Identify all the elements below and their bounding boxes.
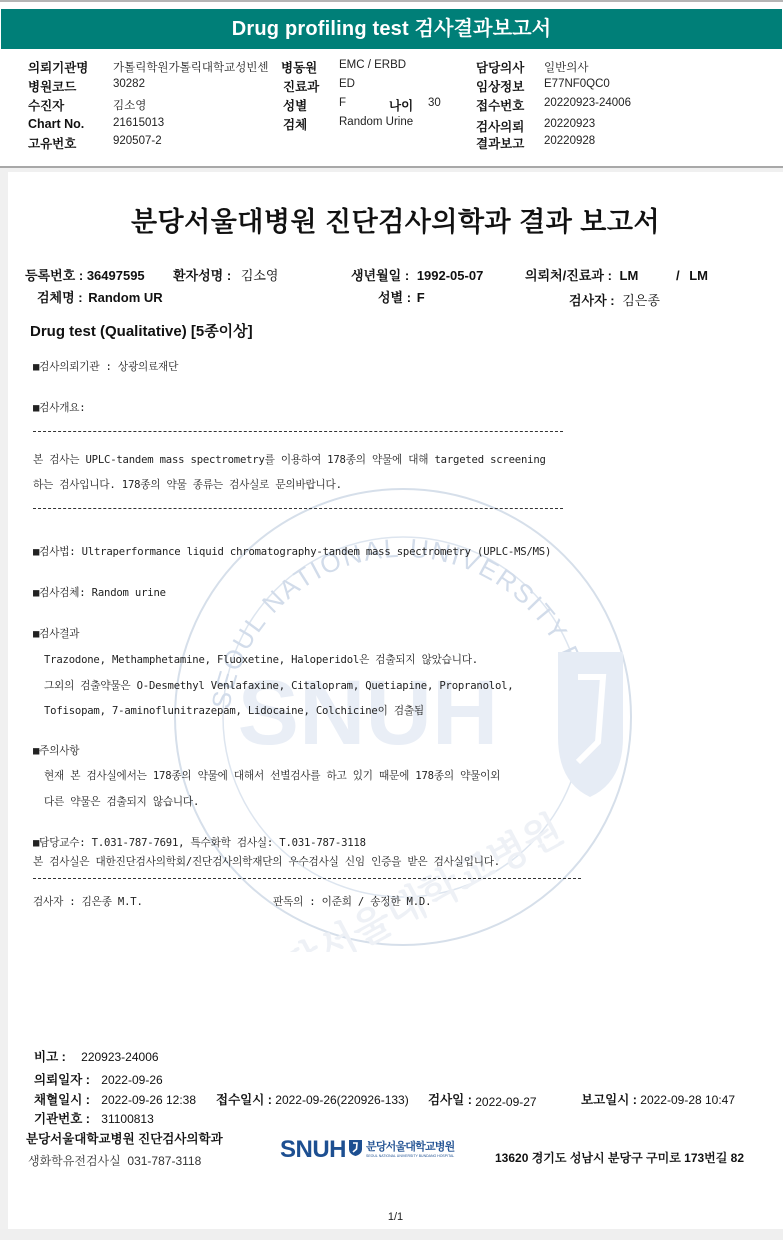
ward-label: 병동원 xyxy=(281,58,317,76)
sex-value: F xyxy=(339,97,346,109)
receipt-time-label: 접수일시 : xyxy=(216,1093,272,1107)
viewer-bottom-strip xyxy=(0,1229,783,1240)
age-label: 나이 xyxy=(389,96,413,114)
specimen-name: 검체명 : Random UR xyxy=(37,287,163,306)
report-time-label: 보고일시 : xyxy=(581,1093,637,1107)
caution-line-1: 현재 본 검사실에서는 178종의 약물에 대해서 선별검사를 하고 있기 때문… xyxy=(44,768,500,783)
snuh-shield-icon xyxy=(349,1140,362,1156)
result-line-1: Trazodone, Methamphetamine, Fluoxetine, … xyxy=(44,652,478,667)
contact-line: ■담당교수: T.031-787-7691, 특수화학 검사실: T.031-7… xyxy=(33,835,366,850)
institution-no-value: 31100813 xyxy=(101,1112,154,1126)
unique-no-label: 고유번호 xyxy=(28,134,76,152)
overview-line-2: 하는 검사입니다. 178종의 약물 종류는 검사실로 문의바랍니다. xyxy=(33,477,342,492)
receipt-time: 접수일시 : 2022-09-26(220926-133) xyxy=(216,1090,409,1108)
overview-heading: ■검사개요: xyxy=(33,400,86,415)
patient-value: 김소영 xyxy=(113,97,146,113)
age-value: 30 xyxy=(428,97,441,109)
test-request-label: 검사의뢰 xyxy=(476,117,524,135)
hospital-address: 13620 경기도 성남시 분당구 구미로 173번길 82 xyxy=(495,1149,744,1166)
result-report-label: 결과보고 xyxy=(476,134,524,152)
report-sex-label: 성별 : xyxy=(378,290,411,305)
reader-signature: 판독의 : 이준희 / 송정한 M.D. xyxy=(273,894,431,909)
referrer-value: LM xyxy=(620,268,639,283)
test-date: 검사일 : 2022-09-27 xyxy=(428,1090,537,1108)
department-value: ED xyxy=(339,78,355,90)
caution-heading: ■주의사항 xyxy=(33,743,79,758)
header-divider xyxy=(0,166,783,168)
chart-no-label: Chart No. xyxy=(28,117,84,131)
patient-name-label: 환자성명 : xyxy=(173,268,231,283)
institution-line: ■검사의뢰기관 : 상광의료재단 xyxy=(33,359,178,374)
report-time-value: 2022-09-28 10:47 xyxy=(640,1093,735,1107)
institution-no: 기관번호 : 31100813 xyxy=(34,1109,154,1127)
report-page: SEOUL NATIONAL UNIVERSITY BUNDANG HOSPIT… xyxy=(8,172,783,1229)
specimen-name-label: 검체명 : xyxy=(37,290,83,305)
patient-label: 수진자 xyxy=(28,96,64,114)
patient-name-value: 김소영 xyxy=(241,268,279,283)
test-date-value: 2022-09-27 xyxy=(475,1095,536,1109)
specimen-line: ■검사검체: Random urine xyxy=(33,585,166,600)
caution-line-2: 다른 약물은 검출되지 않습니다. xyxy=(44,794,199,809)
birth-date-label: 생년월일 : xyxy=(351,268,409,283)
receipt-no-value: 20220923-24006 xyxy=(544,97,631,109)
doctor-value: 일반의사 xyxy=(544,59,588,75)
snuh-logo-korean: 분당서울대학교병원 xyxy=(366,1138,454,1154)
signature-rule xyxy=(33,878,581,879)
collection-time-value: 2022-09-26 12:38 xyxy=(101,1093,196,1107)
hospital-code-label: 병원코드 xyxy=(28,77,76,95)
lab-phone: 생화학유전검사실 031-787-3118 xyxy=(28,1152,201,1169)
chart-no-value: 21615013 xyxy=(113,117,164,129)
remark: 비고 : 220923-24006 xyxy=(34,1047,159,1065)
svg-text:SEOUL NATIONAL UNIVERSITY BUND: SEOUL NATIONAL UNIVERSITY BUNDANG HOSPIT… xyxy=(168,482,602,730)
report-title: 분당서울대병원 진단검사의학과 결과 보고서 xyxy=(8,200,783,239)
report-tester: 검사자 : 김은종 xyxy=(569,290,660,309)
referring-institution-value: 가톨릭학원가톨릭대학교성빈센 xyxy=(113,59,269,75)
svg-text:분당서울대학교병원: 분당서울대학교병원 xyxy=(242,806,571,952)
snuh-logo: SNUH 분당서울대학교병원 SEOUL NATIONAL UNIVERSITY… xyxy=(280,1134,480,1166)
report-time: 보고일시 : 2022-09-28 10:47 xyxy=(581,1090,735,1108)
report-sex: 성별 : F xyxy=(378,287,425,306)
department-name: 분당서울대학교병원 진단검사의학과 xyxy=(26,1129,223,1147)
referrer-dept-value: LM xyxy=(689,268,708,283)
hospital-code-value: 30282 xyxy=(113,78,145,90)
request-date: 의뢰일자 : 2022-09-26 xyxy=(34,1070,163,1088)
snuh-logo-text: SNUH xyxy=(280,1136,346,1164)
doctor-label: 담당의사 xyxy=(476,58,524,76)
unique-no-value: 920507-2 xyxy=(113,135,162,147)
clinical-info-label: 임상정보 xyxy=(476,77,524,95)
certification-line: 본 검사실은 대한진단검사의학회/진단검사의학재단의 우수검사실 신임 인증을 … xyxy=(33,854,500,869)
remark-value: 220923-24006 xyxy=(81,1050,158,1064)
request-date-value: 2022-09-26 xyxy=(101,1073,162,1087)
request-date-label: 의뢰일자 : xyxy=(34,1073,90,1087)
result-line-2: 그외의 검출약물은 O-Desmethyl Venlafaxine, Cital… xyxy=(44,678,513,693)
result-report-value: 20220928 xyxy=(544,135,595,147)
reg-no-value: 36497595 xyxy=(87,268,145,283)
report-tester-label: 검사자 : xyxy=(569,293,615,308)
test-name-heading: Drug test (Qualitative) [5종이상] xyxy=(30,320,253,341)
clinical-info-value: E77NF0QC0 xyxy=(544,78,610,90)
reg-no-label: 등록번호 : xyxy=(25,268,83,283)
report-tester-value: 김은종 xyxy=(622,293,660,308)
referrer: 의뢰처/진료과 : LM / LM xyxy=(525,265,708,284)
receipt-time-value: 2022-09-26(220926-133) xyxy=(275,1093,408,1107)
ward-value: EMC / ERBD xyxy=(339,59,406,71)
test-date-label: 검사일 : xyxy=(428,1093,472,1107)
receipt-no-label: 접수번호 xyxy=(476,96,524,114)
specimen-name-value: Random UR xyxy=(88,290,162,305)
referring-institution-label: 의뢰기관명 xyxy=(28,58,88,76)
collection-time: 채혈일시 : 2022-09-26 12:38 xyxy=(34,1090,196,1108)
referrer-separator: / xyxy=(676,268,680,283)
snuh-logo-english: SEOUL NATIONAL UNIVERSITY BUNDANG HOSPIT… xyxy=(366,1154,454,1158)
report-header-frame: Drug profiling test 검사결과보고서 의뢰기관명 가톨릭학원가… xyxy=(0,0,783,166)
remark-label: 비고 : xyxy=(34,1050,66,1064)
patient-name: 환자성명 : 김소영 xyxy=(173,265,279,284)
result-line-3: Tofisopam, 7-aminoflunitrazepam, Lidocai… xyxy=(44,703,424,718)
institution-no-label: 기관번호 : xyxy=(34,1112,90,1126)
collection-time-label: 채혈일시 : xyxy=(34,1093,90,1107)
overview-line-1: 본 검사는 UPLC-tandem mass spectrometry를 이용하… xyxy=(33,452,546,467)
referrer-label: 의뢰처/진료과 : xyxy=(525,268,612,283)
reg-no: 등록번호 : 36497595 xyxy=(25,265,145,284)
method-line: ■검사법: Ultraperformance liquid chromatogr… xyxy=(33,544,551,559)
test-request-value: 20220923 xyxy=(544,118,595,130)
specimen-label: 검체 xyxy=(283,115,307,133)
result-heading: ■검사결과 xyxy=(33,626,79,641)
overview-bottom-rule xyxy=(33,508,563,509)
page-number: 1/1 xyxy=(8,1211,783,1223)
birth-date-value: 1992-05-07 xyxy=(417,268,484,283)
sex-label: 성별 xyxy=(283,96,307,114)
report-header-title: Drug profiling test 검사결과보고서 xyxy=(1,9,782,49)
specimen-value: Random Urine xyxy=(339,116,413,128)
birth-date: 생년월일 : 1992-05-07 xyxy=(351,265,483,284)
overview-top-rule xyxy=(33,431,563,432)
department-label: 진료과 xyxy=(283,77,319,95)
report-sex-value: F xyxy=(417,290,425,305)
tester-signature: 검사자 : 김은종 M.T. xyxy=(33,894,143,909)
